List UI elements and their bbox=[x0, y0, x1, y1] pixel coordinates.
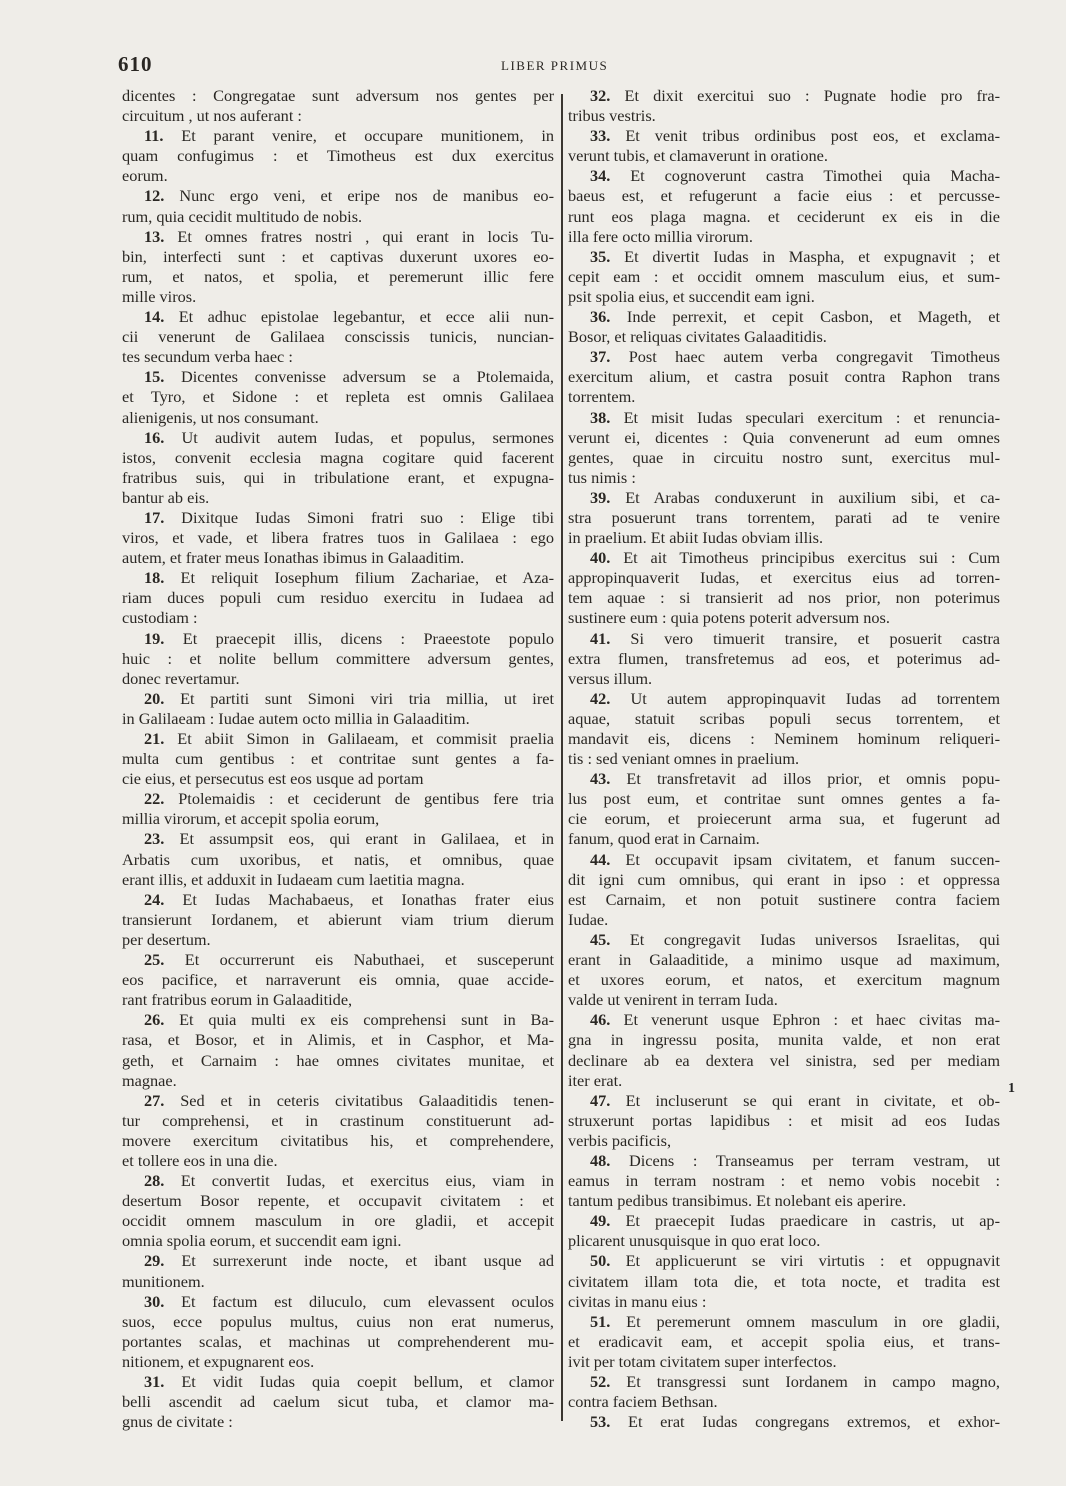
text-line: 41. Si vero timuerit transire, et posuer… bbox=[568, 629, 1000, 649]
text-line: 44. Et occupavit ipsam civitatem, et fan… bbox=[568, 850, 1000, 870]
text-line: et tollere eos in una die. bbox=[122, 1151, 554, 1171]
text-line: sustinere eum : quia potens poterit adve… bbox=[568, 608, 1000, 628]
text-line: desertum Bosor repente, et occupavit civ… bbox=[122, 1191, 554, 1211]
text-line: verunt ei, dicentes : Quia convenerunt a… bbox=[568, 428, 1000, 448]
text-line: runt eos plaga magna. et ceciderunt ex e… bbox=[568, 207, 1000, 227]
text-line: fanum, quod erat in Carnaim. bbox=[568, 829, 1000, 849]
text-line: verunt tubis, et clamaverunt in oratione… bbox=[568, 146, 1000, 166]
text-line: 20. Et partiti sunt Simoni viri tria mil… bbox=[122, 689, 554, 709]
verse-number: 39. bbox=[590, 488, 610, 507]
verse-number: 15. bbox=[144, 367, 164, 386]
text-line: torrentem. bbox=[568, 387, 1000, 407]
text-line: multa cum gentibus : et contritae sunt g… bbox=[122, 749, 554, 769]
text-line: autem, et frater meus Ionathas ibimus in… bbox=[122, 548, 554, 568]
text-line: civitas in manu eius : bbox=[568, 1292, 1000, 1312]
text-line: gnus de civitate : bbox=[122, 1412, 554, 1432]
margin-mark: 1 bbox=[1008, 1081, 1015, 1097]
text-line: nitionem, et expugnarent eos. bbox=[122, 1352, 554, 1372]
text-line: 25. Et occurrerunt eis Nabuthaei, et sus… bbox=[122, 950, 554, 970]
text-line: exercitum alium, et castra posuit contra… bbox=[568, 367, 1000, 387]
verse-number: 20. bbox=[144, 689, 164, 708]
text-line: 26. Et quia multi ex eis comprehensi sun… bbox=[122, 1010, 554, 1030]
text-line: viros, et vade, et libera fratres tuos i… bbox=[122, 528, 554, 548]
verse-number: 33. bbox=[590, 126, 610, 145]
text-line: struxerunt portas lapidibus : et misit a… bbox=[568, 1111, 1000, 1131]
text-line: 18. Et reliquit Iosephum filium Zacharia… bbox=[122, 568, 554, 588]
text-line: cie eius, et persecutus est eos usque ad… bbox=[122, 769, 554, 789]
text-line: tus nimis : bbox=[568, 468, 1000, 488]
verse-number: 25. bbox=[144, 950, 164, 969]
text-line: 38. Et misit Iudas speculari exercitum :… bbox=[568, 408, 1000, 428]
verse-number: 36. bbox=[590, 307, 610, 326]
verse-number: 52. bbox=[590, 1372, 610, 1391]
text-line: 36. Inde perrexit, et cepit Casbon, et M… bbox=[568, 307, 1000, 327]
verse-number: 21. bbox=[144, 729, 164, 748]
text-line: 14. Et adhuc epistolae legebantur, et ec… bbox=[122, 307, 554, 327]
text-line: tis : sed veniant omnes in praelium. bbox=[568, 749, 1000, 769]
text-line: est Carnaim, et non potuit sustinere con… bbox=[568, 890, 1000, 910]
text-line: 45. Et congregavit Iudas universos Israe… bbox=[568, 930, 1000, 950]
page-number: 610 bbox=[118, 52, 153, 77]
text-line: tribus vestris. bbox=[568, 106, 1000, 126]
text-line: 21. Et abiit Simon in Galilaeam, et comm… bbox=[122, 729, 554, 749]
text-line: rum, et natos, et spolia, et peremerunt … bbox=[122, 267, 554, 287]
text-line: 47. Et incluserunt se qui erant in civit… bbox=[568, 1091, 1000, 1111]
verse-number: 16. bbox=[144, 428, 164, 447]
text-line: transierunt Iordanem, et abierunt viam t… bbox=[122, 910, 554, 930]
text-line: cepit eam : et occidit omnem masculum ei… bbox=[568, 267, 1000, 287]
text-line: 48. Dicens : Transeamus per terram vestr… bbox=[568, 1151, 1000, 1171]
text-line: gentes, quae in circuitu nostro sunt, ex… bbox=[568, 448, 1000, 468]
verse-number: 46. bbox=[590, 1010, 610, 1029]
text-line: circuitum , ut nos auferant : bbox=[122, 106, 554, 126]
verse-number: 40. bbox=[590, 548, 610, 567]
text-line: illa fere octo millia virorum. bbox=[568, 227, 1000, 247]
verse-number: 37. bbox=[590, 347, 610, 366]
verse-number: 19. bbox=[144, 629, 164, 648]
verse-number: 27. bbox=[144, 1091, 164, 1110]
verse-number: 32. bbox=[590, 86, 610, 105]
text-line: rum, quia cecidit multitudo de nobis. bbox=[122, 207, 554, 227]
verse-number: 31. bbox=[144, 1372, 164, 1391]
text-line: 39. Et Arabas conduxerunt in auxilium si… bbox=[568, 488, 1000, 508]
page-header: 610 LIBER PRIMUS bbox=[118, 52, 998, 80]
text-line: munitionem. bbox=[122, 1272, 554, 1292]
text-line: tur comprehensi, et in crastinum constit… bbox=[122, 1111, 554, 1131]
text-line: psit spolia eius, et succendit eam igni. bbox=[568, 287, 1000, 307]
text-line: 51. Et peremerunt omnem masculum in ore … bbox=[568, 1312, 1000, 1332]
text-line: bantur ab eis. bbox=[122, 488, 554, 508]
text-line: 50. Et applicuerunt se viri virtutis : e… bbox=[568, 1251, 1000, 1271]
text-line: eorum. bbox=[122, 166, 554, 186]
text-line: 32. Et dixit exercitui suo : Pugnate hod… bbox=[568, 86, 1000, 106]
text-line: 37. Post haec autem verba congregavit Ti… bbox=[568, 347, 1000, 367]
text-line: 53. Et erat Iudas congregans extremos, e… bbox=[568, 1412, 1000, 1432]
text-line: tem aquae : si transierit ad nos prior, … bbox=[568, 588, 1000, 608]
text-line: erant in Galaaditide, a minimo usque ad … bbox=[568, 950, 1000, 970]
text-line: Bosor, et reliquas civitates Galaaditidi… bbox=[568, 327, 1000, 347]
verse-number: 26. bbox=[144, 1010, 164, 1029]
verse-number: 47. bbox=[590, 1091, 610, 1110]
text-line: mille viros. bbox=[122, 287, 554, 307]
text-line: appropinquaverit Iudas, et exercitus eiu… bbox=[568, 568, 1000, 588]
text-line: 12. Nunc ergo veni, et eripe nos de mani… bbox=[122, 186, 554, 206]
text-line: bin, interfecti sunt : et captivas duxer… bbox=[122, 247, 554, 267]
text-line: portantes scalas, et machinas ut compreh… bbox=[122, 1332, 554, 1352]
text-line: 19. Et praecepit illis, dicens : Praeest… bbox=[122, 629, 554, 649]
text-line: belli ascendit ad caelum sicut tuba, et … bbox=[122, 1392, 554, 1412]
text-line: 11. Et parant venire, et occupare muniti… bbox=[122, 126, 554, 146]
text-line: omnia spolia eorum, et succendit eam ign… bbox=[122, 1231, 554, 1251]
text-line: magnae. bbox=[122, 1071, 554, 1091]
verse-number: 45. bbox=[590, 930, 610, 949]
text-line: valde ut venirent in terram Iuda. bbox=[568, 990, 1000, 1010]
verse-number: 50. bbox=[590, 1251, 610, 1270]
text-line: 23. Et assumpsit eos, qui erant in Galil… bbox=[122, 829, 554, 849]
text-line: movere exercitum civitatibus his, et com… bbox=[122, 1131, 554, 1151]
right-text-column: 32. Et dixit exercitui suo : Pugnate hod… bbox=[568, 86, 1000, 1432]
text-line: 29. Et surrexerunt inde nocte, et ibant … bbox=[122, 1251, 554, 1271]
text-line: fratribus suis, qui in tribulatione eran… bbox=[122, 468, 554, 488]
verse-number: 11. bbox=[144, 126, 163, 145]
text-line: 33. Et venit tribus ordinibus post eos, … bbox=[568, 126, 1000, 146]
text-line: iter erat. bbox=[568, 1071, 1000, 1091]
text-line: 40. Et ait Timotheus principibus exercit… bbox=[568, 548, 1000, 568]
text-line: gna in ingressu posita, munita valde, et… bbox=[568, 1030, 1000, 1050]
text-line: tes secundum verba haec : bbox=[122, 347, 554, 367]
text-line: alienigenis, ut nos consumant. bbox=[122, 408, 554, 428]
verse-number: 43. bbox=[590, 769, 610, 788]
text-line: occidit omnem masculum in ore gladii, et… bbox=[122, 1211, 554, 1231]
left-text-column: dicentes : Congregatae sunt adversum nos… bbox=[122, 86, 554, 1432]
text-line: verbis pacificis, bbox=[568, 1131, 1000, 1151]
text-line: 34. Et cognoverunt castra Timothei quia … bbox=[568, 166, 1000, 186]
text-line: 16. Ut audivit autem Iudas, et populus, … bbox=[122, 428, 554, 448]
text-line: eos pacifice, et narraverunt eis omnia, … bbox=[122, 970, 554, 990]
text-line: millia virorum, et accepit spolia eorum, bbox=[122, 809, 554, 829]
text-line: 22. Ptolemaidis : et ceciderunt de genti… bbox=[122, 789, 554, 809]
text-line: contra faciem Bethsan. bbox=[568, 1392, 1000, 1412]
verse-number: 14. bbox=[144, 307, 164, 326]
verse-number: 35. bbox=[590, 247, 610, 266]
verse-number: 12. bbox=[144, 186, 164, 205]
running-title: LIBER PRIMUS bbox=[501, 58, 608, 74]
verse-number: 49. bbox=[590, 1211, 610, 1230]
text-line: Iudae. bbox=[568, 910, 1000, 930]
column-divider bbox=[561, 94, 563, 1421]
text-line: 17. Dixitque Iudas Simoni fratri suo : E… bbox=[122, 508, 554, 528]
text-line: cii venerunt de Galilaea conscissis tuni… bbox=[122, 327, 554, 347]
text-line: huic : et nolite bellum committere adver… bbox=[122, 649, 554, 669]
verse-number: 38. bbox=[590, 408, 610, 427]
text-line: lus post eum, et contritae sunt omnes ge… bbox=[568, 789, 1000, 809]
verse-number: 51. bbox=[590, 1312, 610, 1331]
text-line: istos, convenit ecclesia magna cogitare … bbox=[122, 448, 554, 468]
verse-number: 28. bbox=[144, 1171, 164, 1190]
text-line: mandavit eis, dicens : Neminem hominum r… bbox=[568, 729, 1000, 749]
text-line: extra flumen, transfretemus ad eos, et p… bbox=[568, 649, 1000, 669]
text-line: 27. Sed et in ceteris civitatibus Galaad… bbox=[122, 1091, 554, 1111]
text-line: versus illum. bbox=[568, 669, 1000, 689]
verse-number: 23. bbox=[144, 829, 164, 848]
verse-number: 17. bbox=[144, 508, 164, 527]
text-line: rasa, et Bosor, et in Alimis, et in Casp… bbox=[122, 1030, 554, 1050]
text-line: cie eorum, et proiecerunt arma sua, et f… bbox=[568, 809, 1000, 829]
text-line: 30. Et factum est diluculo, cum elevasse… bbox=[122, 1292, 554, 1312]
text-line: 43. Et transfretavit ad illos prior, et … bbox=[568, 769, 1000, 789]
verse-number: 42. bbox=[590, 689, 610, 708]
verse-number: 53. bbox=[590, 1412, 610, 1431]
text-line: 24. Et Iudas Machabaeus, et Ionathas fra… bbox=[122, 890, 554, 910]
text-line: quam confugimus : et Timotheus est dux e… bbox=[122, 146, 554, 166]
text-line: erant illis, et adduxit in Iudaeam cum l… bbox=[122, 870, 554, 890]
text-line: et uxores eorum, et natos, et exercitum … bbox=[568, 970, 1000, 990]
text-line: per desertum. bbox=[122, 930, 554, 950]
text-line: riam duces populi cum residuo exercitu i… bbox=[122, 588, 554, 608]
verse-number: 44. bbox=[590, 850, 610, 869]
text-line: civitatem illam tota die, et tota nocte,… bbox=[568, 1272, 1000, 1292]
text-line: rant fratribus eorum in Galaaditide, bbox=[122, 990, 554, 1010]
verse-number: 41. bbox=[590, 629, 610, 648]
text-line: donec revertamur. bbox=[122, 669, 554, 689]
verse-number: 30. bbox=[144, 1292, 164, 1311]
text-line: 13. Et omnes fratres nostri , qui erant … bbox=[122, 227, 554, 247]
text-line: 42. Ut autem appropinquavit Iudas ad tor… bbox=[568, 689, 1000, 709]
text-line: et eradicavit eam, et accepit spolia eiu… bbox=[568, 1332, 1000, 1352]
text-line: 52. Et transgressi sunt Iordanem in camp… bbox=[568, 1372, 1000, 1392]
text-line: 49. Et praecepit Iudas praedicare in cas… bbox=[568, 1211, 1000, 1231]
text-line: 28. Et convertit Iudas, et exercitus eiu… bbox=[122, 1171, 554, 1191]
text-line: tantum pedibus transibimus. Et nolebant … bbox=[568, 1191, 1000, 1211]
text-line: 35. Et divertit Iudas in Maspha, et expu… bbox=[568, 247, 1000, 267]
text-line: custodiam : bbox=[122, 608, 554, 628]
text-line: eamus in terram nostram : et nemo vobis … bbox=[568, 1171, 1000, 1191]
verse-number: 18. bbox=[144, 568, 164, 587]
text-line: plicarent unusquisque in quo erat loco. bbox=[568, 1231, 1000, 1251]
text-line: in praelium. Et abiit Iudas obviam illis… bbox=[568, 528, 1000, 548]
verse-number: 34. bbox=[590, 166, 610, 185]
text-line: 15. Dicentes convenisse adversum se a Pt… bbox=[122, 367, 554, 387]
verse-number: 29. bbox=[144, 1251, 164, 1270]
text-line: et Tyro, et Sidone : et repleta est omni… bbox=[122, 387, 554, 407]
text-line: geth, et Carnaim : hae omnes civitates m… bbox=[122, 1051, 554, 1071]
text-line: Arbatis cum uxoribus, et natis, et omnib… bbox=[122, 850, 554, 870]
text-line: dicentes : Congregatae sunt adversum nos… bbox=[122, 86, 554, 106]
text-line: ivit per totam civitatem super interfect… bbox=[568, 1352, 1000, 1372]
text-line: baeus est, et refugerunt a facie eius : … bbox=[568, 186, 1000, 206]
text-line: dit igni cum omnibus, qui erant in ipso … bbox=[568, 870, 1000, 890]
text-line: declinare ab ea dextera vel sinistra, se… bbox=[568, 1051, 1000, 1071]
text-line: 46. Et venerunt usque Ephron : et haec c… bbox=[568, 1010, 1000, 1030]
verse-number: 48. bbox=[590, 1151, 610, 1170]
text-line: aquae, statuit scribas populi secus torr… bbox=[568, 709, 1000, 729]
verse-number: 13. bbox=[144, 227, 164, 246]
verse-number: 24. bbox=[144, 890, 164, 909]
text-line: in Galilaeam : Iudae autem octo millia i… bbox=[122, 709, 554, 729]
verse-number: 22. bbox=[144, 789, 164, 808]
text-line: 31. Et vidit Iudas quia coepit bellum, e… bbox=[122, 1372, 554, 1392]
text-line: suos, ecce populus multus, cuius non era… bbox=[122, 1312, 554, 1332]
text-line: stra posuerunt trans torrentem, parati a… bbox=[568, 508, 1000, 528]
